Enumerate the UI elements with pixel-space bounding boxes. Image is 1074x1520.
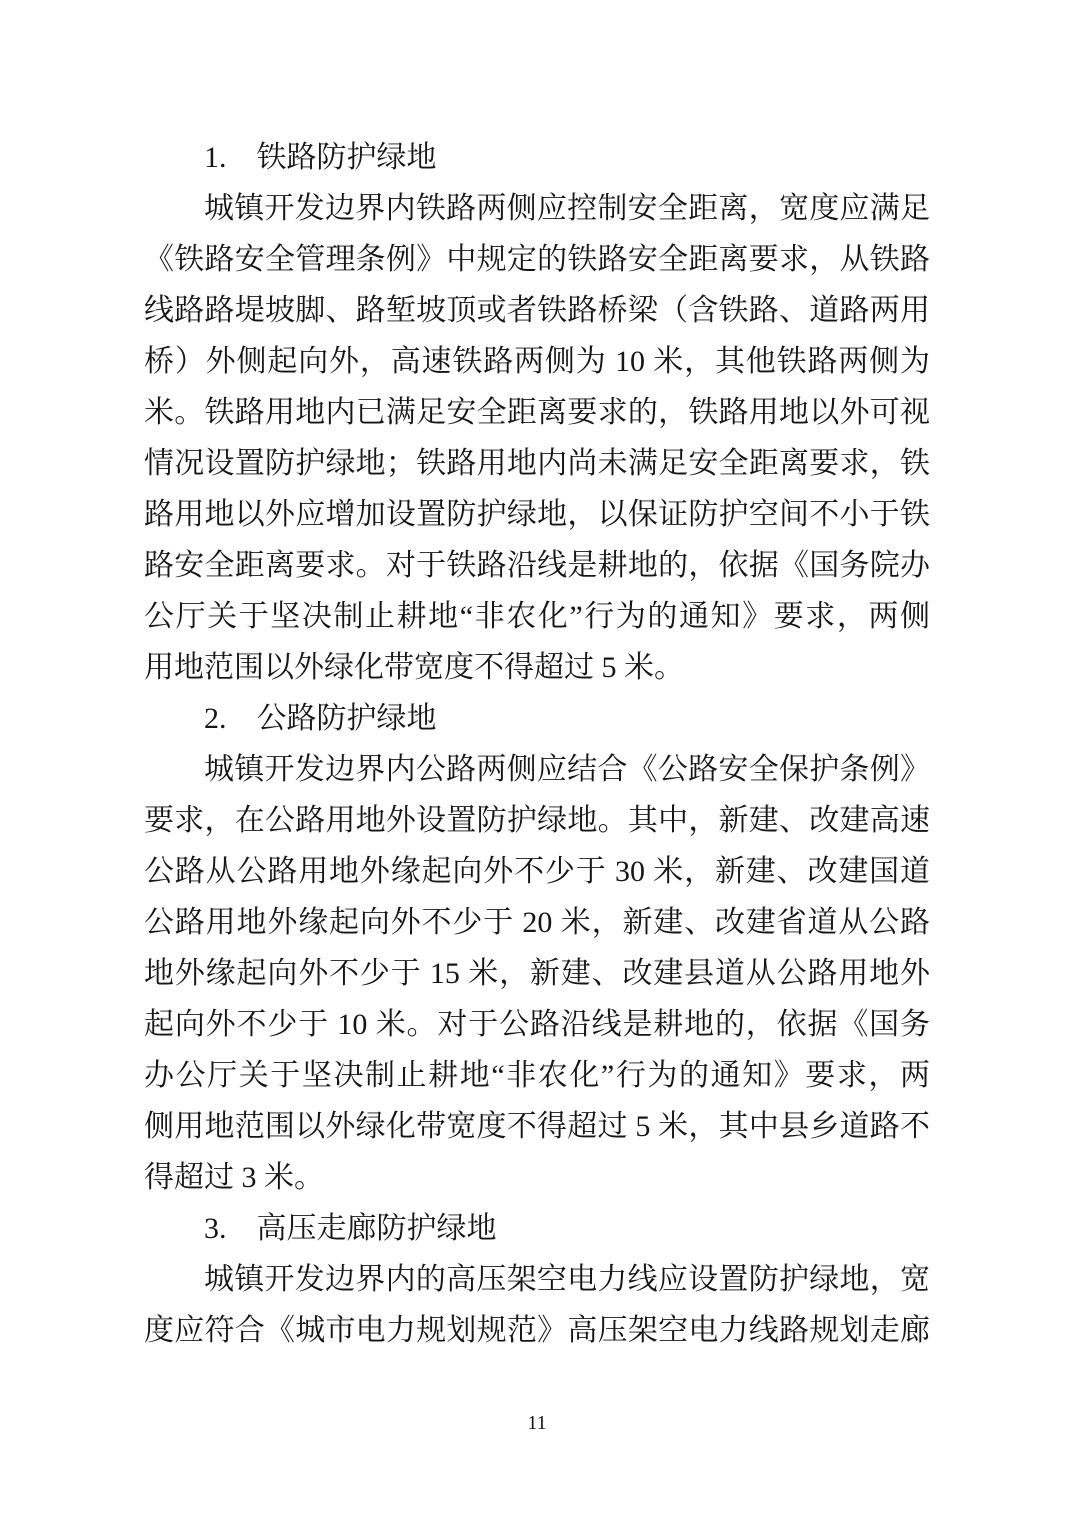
body-line: 用地范围以外绿化带宽度不得超过 5 米。 [144,642,930,693]
body-line: 情况设置防护绿地；铁路用地内尚未满足安全距离要求，铁 [144,438,930,489]
body-line: 要求，在公路用地外设置防护绿地。其中，新建、改建高速 [144,795,930,846]
page-number: 11 [0,1408,1074,1438]
document-body: 1. 铁路防护绿地 城镇开发边界内铁路两侧应控制安全距离，宽度应满足 《铁路安全… [144,132,930,1356]
section-2-heading: 2. 公路防护绿地 [144,693,930,744]
body-line: 城镇开发边界内铁路两侧应控制安全距离，宽度应满足 [144,183,930,234]
body-line: 线路路堤坡脚、路堑坡顶或者铁路桥梁（含铁路、道路两用 [144,285,930,336]
body-line: 地外缘起向外不少于 15 米，新建、改建县道从公路用地外缘 [144,948,930,999]
body-line: 路安全距离要求。对于铁路沿线是耕地的，依据《国务院办 [144,540,930,591]
body-line: 公厅关于坚决制止耕地“非农化”行为的通知》要求，两侧 [144,591,930,642]
section-3-heading: 3. 高压走廊防护绿地 [144,1203,930,1254]
body-line: 度应符合《城市电力规划规范》高压架空电力线路规划走廊 [144,1305,930,1356]
body-line: 城镇开发边界内的高压架空电力线应设置防护绿地，宽 [144,1254,930,1305]
body-line: 办公厅关于坚决制止耕地“非农化”行为的通知》要求，两 [144,1050,930,1101]
body-line: 侧用地范围以外绿化带宽度不得超过 5 米，其中县乡道路不 [144,1101,930,1152]
body-line: 路用地以外应增加设置防护绿地，以保证防护空间不小于铁 [144,489,930,540]
body-line: 公路从公路用地外缘起向外不少于 30 米，新建、改建国道从 [144,846,930,897]
body-line: 《铁路安全管理条例》中规定的铁路安全距离要求，从铁路 [144,234,930,285]
section-1-heading: 1. 铁路防护绿地 [144,132,930,183]
body-line: 米。铁路用地内已满足安全距离要求的，铁路用地以外可视 [144,387,930,438]
body-line: 城镇开发边界内公路两侧应结合《公路安全保护条例》 [144,744,930,795]
body-line: 公路用地外缘起向外不少于 20 米，新建、改建省道从公路用 [144,897,930,948]
body-line: 得超过 3 米。 [144,1152,930,1203]
body-line: 桥）外侧起向外，高速铁路两侧为 10 米，其他铁路两侧为 8 [144,336,930,387]
body-line: 起向外不少于 10 米。对于公路沿线是耕地的，依据《国务院 [144,999,930,1050]
document-page: 1. 铁路防护绿地 城镇开发边界内铁路两侧应控制安全距离，宽度应满足 《铁路安全… [0,0,1074,1520]
